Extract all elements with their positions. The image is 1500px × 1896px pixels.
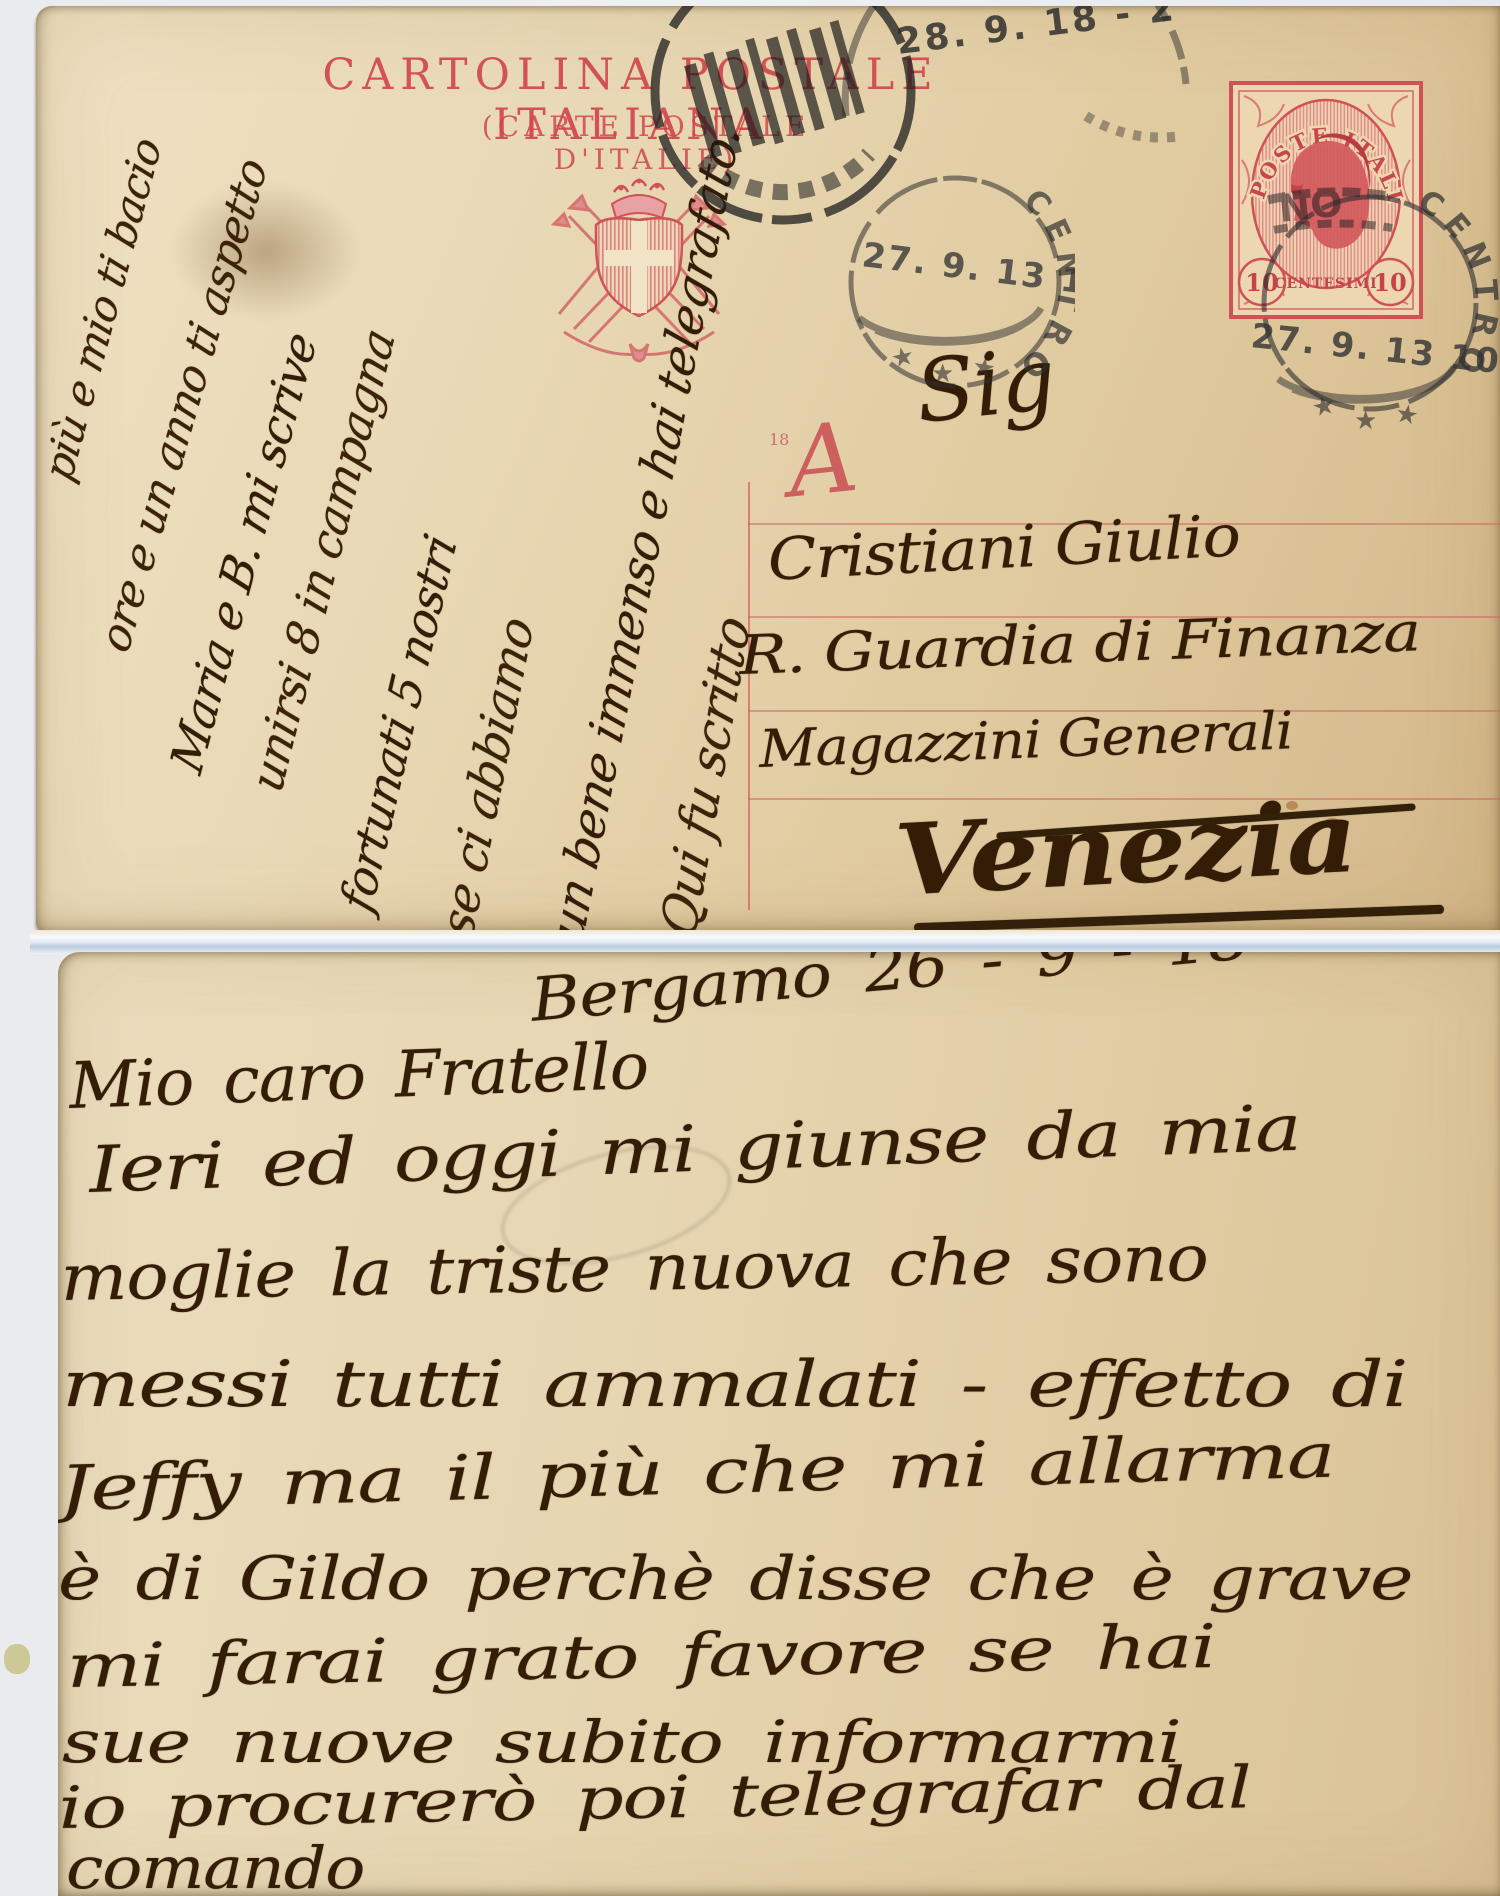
postmark-crescent-ornament bbox=[859, 308, 1041, 344]
postmark-over-stamp: CENTRO 27. 9. 13 10. ★ ★ ★ bbox=[1186, 171, 1500, 441]
message-line: è di Gildo perchè disse che è grave bbox=[58, 1544, 1412, 1614]
cross-horizontal bbox=[604, 250, 674, 266]
message-salutation: Mio caro Fratello bbox=[68, 1030, 649, 1124]
address-city: Venezia bbox=[892, 780, 1359, 919]
address-line2: R. Guardia di Finanza bbox=[738, 600, 1421, 687]
scanner-gap bbox=[30, 930, 1500, 954]
postmark-date: 27. 9. 13 10. bbox=[860, 235, 1075, 307]
address-rule-vertical bbox=[748, 482, 750, 910]
postmark-date: 27. 9. 13 10. bbox=[1249, 316, 1500, 384]
svg-text:★: ★ bbox=[1354, 406, 1377, 436]
postmark-center: CENTRO 27. 9. 13 10. ★ ★ ★ bbox=[835, 160, 1075, 410]
message-line: moglie la triste nuova che sono bbox=[60, 1222, 1208, 1316]
message-line: mi farai grato favore se hai bbox=[66, 1612, 1216, 1702]
address-line3: Magazzini Generali bbox=[758, 701, 1294, 780]
postmark-stars: ★ ★ ★ bbox=[888, 341, 998, 389]
message-line: messi tutti ammalati - effetto di bbox=[62, 1348, 1407, 1422]
side-note-line: se ci abbiamo bbox=[430, 611, 545, 932]
postmark-date: 28. 9. 18 - 2 bbox=[894, 6, 1179, 63]
address-name: Cristiani Giulio bbox=[766, 501, 1241, 594]
postcard-back: Bergamo 26 - 9 - 18 Mio caro Fratello Ie… bbox=[58, 952, 1500, 1896]
postmark-top-right-partial: 28. 9. 18 - 2 bbox=[836, 6, 1196, 166]
svg-text:★: ★ bbox=[931, 359, 954, 389]
message-line: Jeffy ma il più che mi allarma bbox=[58, 1419, 1335, 1525]
postcard-front: CARTOLINA POSTALE ITALIANA (CARTE POSTAL… bbox=[36, 6, 1500, 932]
message-line: comando bbox=[66, 1834, 364, 1896]
address-prefix-initial: A bbox=[782, 401, 863, 520]
svg-text:★: ★ bbox=[888, 341, 917, 375]
paper-speck bbox=[4, 1644, 30, 1674]
message-dateline: Bergamo 26 - 9 - 18 bbox=[528, 952, 1252, 1036]
svg-text:★: ★ bbox=[1393, 398, 1421, 432]
postcard-scan: { "front_card": { "title": "CARTOLINA PO… bbox=[0, 0, 1500, 1896]
